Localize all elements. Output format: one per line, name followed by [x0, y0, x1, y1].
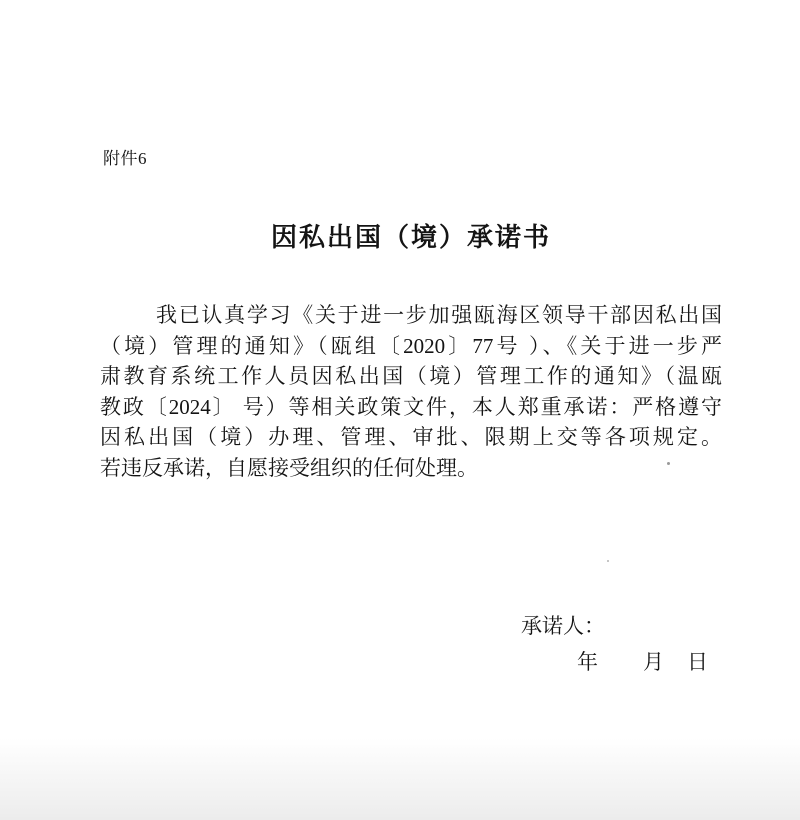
- date-year-label: 年: [577, 650, 598, 674]
- promisor-signature-label: 承诺人：: [521, 612, 605, 640]
- date-signature-line: 年月日: [577, 648, 708, 676]
- attachment-number-label: 附件6: [103, 148, 147, 170]
- ink-speck: [607, 560, 609, 562]
- commitment-paragraph: 我已认真学习《关于进一步加强瓯海区领导干部因私出国 （境）管理的通知》（瓯组〔2…: [100, 300, 722, 483]
- paragraph-line: 因私出国（境）办理、管理、审批、限期上交等各项规定。: [100, 422, 722, 453]
- document-title: 因私出国（境）承诺书: [100, 222, 722, 253]
- paragraph-line: 若违反承诺，自愿接受组织的任何处理。: [100, 453, 722, 484]
- date-day-label: 日: [687, 650, 708, 674]
- ink-speck: [667, 462, 670, 465]
- paragraph-line: 教政〔2024〕 号）等相关政策文件，本人郑重承诺：严格遵守: [100, 392, 722, 423]
- paragraph-line: （境）管理的通知》（瓯组〔2020〕77号 ）、《关于进一步严: [100, 331, 722, 362]
- paragraph-line: 我已认真学习《关于进一步加强瓯海区领导干部因私出国: [100, 300, 722, 331]
- date-month-label: 月: [643, 650, 664, 674]
- paragraph-line: 肃教育系统工作人员因私出国（境）管理工作的通知》（温瓯: [100, 361, 722, 392]
- document-page: 附件6 因私出国（境）承诺书 我已认真学习《关于进一步加强瓯海区领导干部因私出国…: [0, 0, 800, 820]
